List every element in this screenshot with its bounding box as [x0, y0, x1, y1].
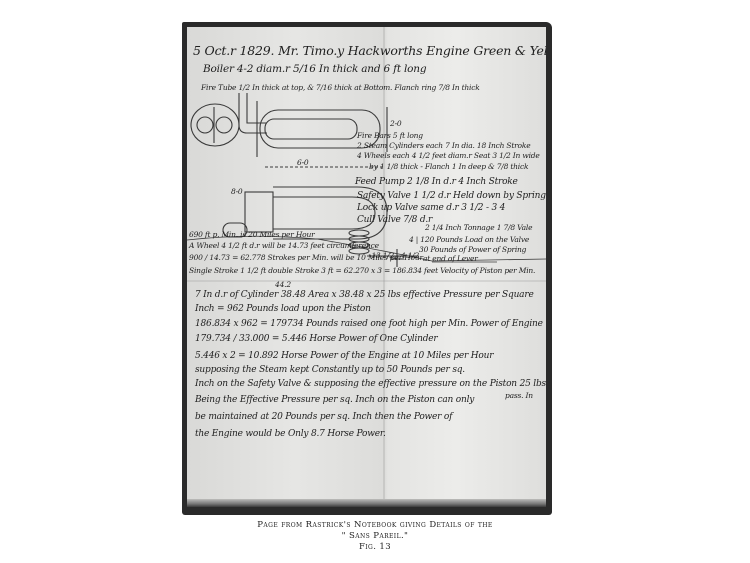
body-line: the Engine would be Only 8.7 Horse Power…	[195, 429, 386, 439]
spec-line: 4 Wheels each 4 1/2 feet diam.r Seat 3 1…	[357, 151, 540, 160]
area-superscript: 44.2	[275, 280, 291, 289]
spec-line: Fire Bars 5 ft long	[357, 131, 423, 140]
body-line: 179.734 / 33.000 = 5.446 Horse Power of …	[195, 334, 438, 344]
figure-number: Fig. 13	[0, 542, 750, 550]
dimension-label-side: 8-0	[231, 187, 242, 196]
spec-line: Safety Valve 1 1/2 d.r Held down by Spri…	[357, 191, 546, 201]
manuscript-page: 5 Oct.r 1829. Mr. Timo.y Hackworths Engi…	[187, 27, 546, 507]
chimney-pipe	[239, 93, 267, 133]
body-line: 7 In d.r of Cylinder 38.48 Area x 38.48 …	[195, 290, 534, 300]
figure-caption-line-1: Page from Rastrick's Notebook giving Det…	[0, 520, 750, 530]
heading-line-1: 5 Oct.r 1829. Mr. Timo.y Hackworths Engi…	[193, 43, 546, 58]
spec-line: Lock up Valve same d.r 3 1/2 - 3 4	[357, 203, 505, 213]
dimension-label-length: 6-0	[297, 158, 308, 167]
figure-caption-line-2: " Sans Pareil."	[0, 531, 750, 541]
spec-line: Feed Pump 2 1/8 In d.r 4 Inch Stroke	[355, 177, 518, 187]
body-line: Inch = 962 Pounds load upon the Piston	[195, 304, 371, 314]
calc-line: 900 / 14.73 = 62.778 Strokes per Min. wi…	[189, 253, 423, 262]
page-bottom-edge	[187, 499, 546, 507]
pressure-superscript: pass. In	[505, 391, 533, 400]
firebox-section	[245, 192, 273, 232]
body-line: be maintained at 20 Pounds per sq. Inch …	[195, 412, 452, 422]
calc-line: Single Stroke 1 1/2 ft double Stroke 3 f…	[189, 266, 535, 275]
dimension-label-height: 2-0	[390, 119, 401, 128]
spec-line: by 1 1/8 thick - Flanch 1 In deep & 7/8 …	[369, 162, 528, 171]
calc-line: 690 ft p. Min. is 20 Miles per Hour	[189, 230, 315, 239]
body-line: supposing the Steam kept Constantly up t…	[195, 365, 465, 375]
spring-note-line: 4 | 120 Pounds Load on the Valve	[409, 235, 529, 244]
spring-note-line: at end of Lever	[423, 254, 478, 263]
spring-note-line: 2 1/4 Inch Tonnage 1 7/8 Vale	[425, 223, 532, 232]
body-line: 186.834 x 962 = 179734 Pounds raised one…	[195, 319, 543, 329]
heading-line-3: Fire Tube 1/2 In thick at top, & 7/16 th…	[201, 83, 480, 92]
spec-line: Cull Valve 7/8 d.r	[357, 215, 432, 225]
body-line: Inch on the Safety Valve & supposing the…	[195, 379, 546, 389]
heading-line-2: Boiler 4-2 diam.r 5/16 In thick and 6 ft…	[203, 63, 426, 75]
body-line: 5.446 x 2 = 10.892 Horse Power of the En…	[195, 351, 493, 361]
body-line: Being the Effective Pressure per sq. Inc…	[195, 395, 474, 405]
spec-line: 2 Steam Cylinders each 7 In dia. 18 Inch…	[357, 141, 530, 150]
spring-note-line: 30 Pounds of Power of Spring	[419, 245, 526, 254]
calc-line: A Wheel 4 1/2 ft d.r will be 14.73 feet …	[189, 241, 379, 250]
